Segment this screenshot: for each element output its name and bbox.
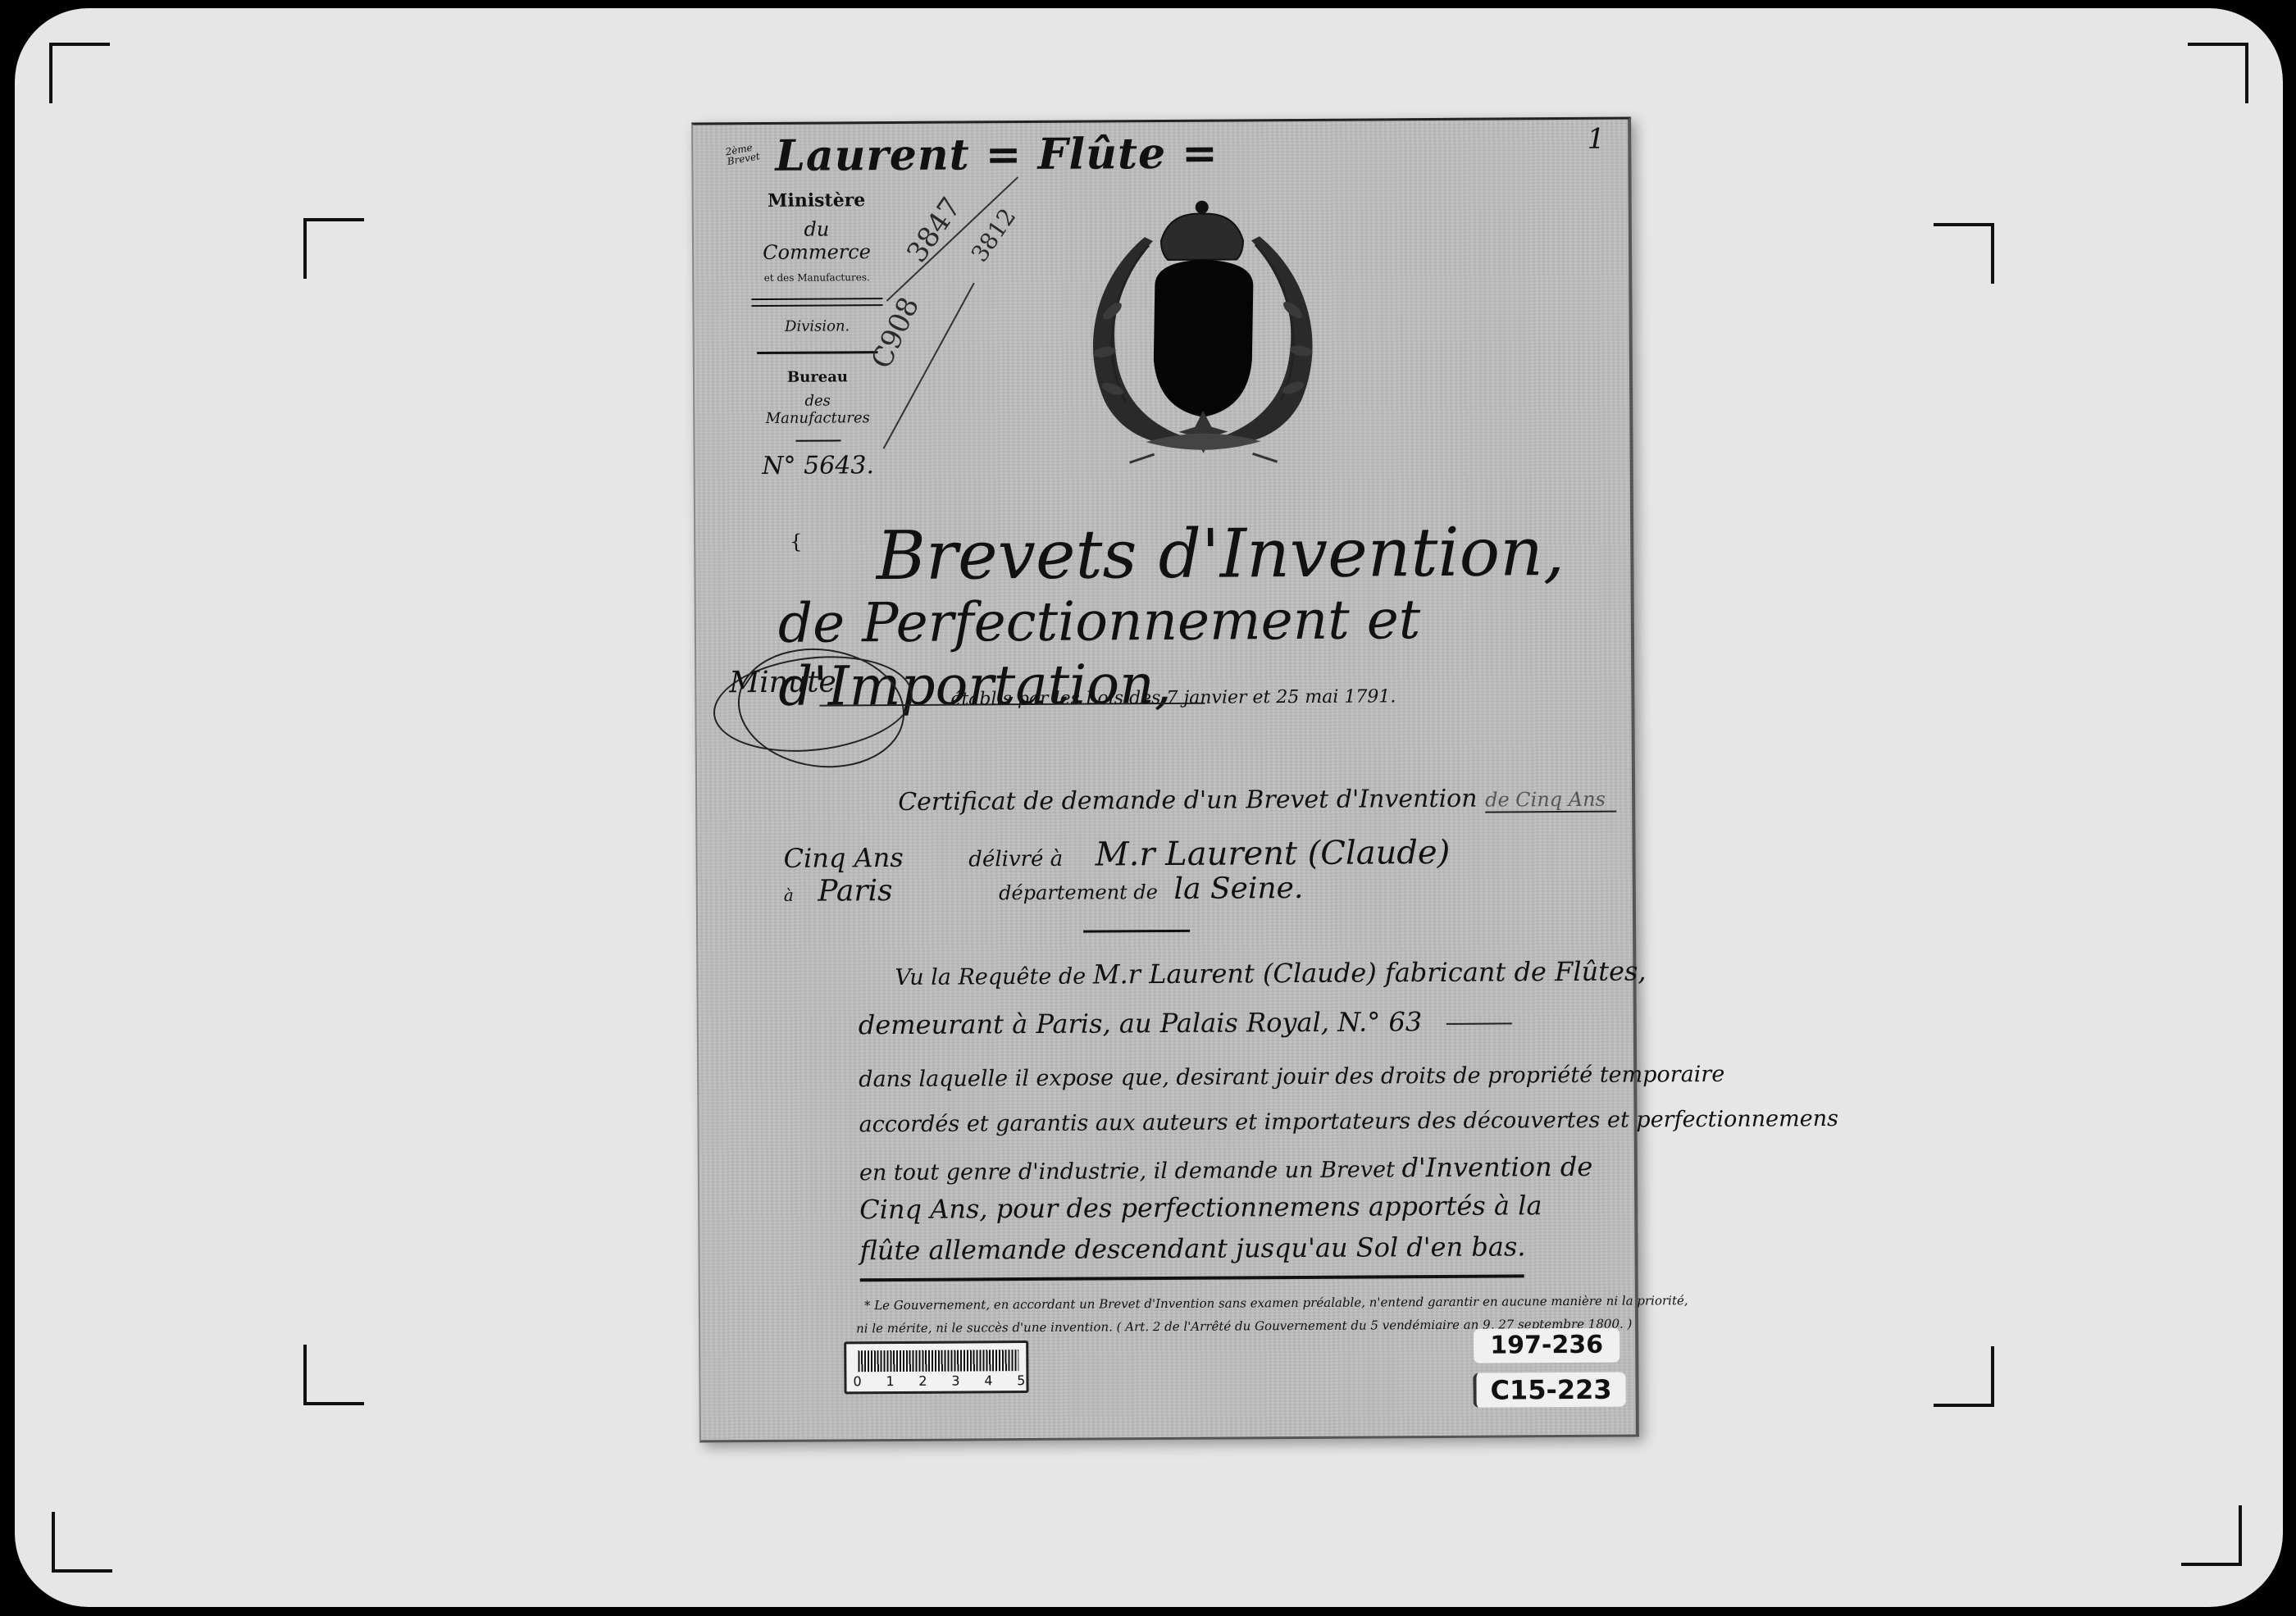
bureau-number: N° 5643. [753,451,884,480]
certificate-recipient-line: Cinq Ans délivré à M.r Laurent (Claude) [783,833,1603,876]
body-handwritten-text: d'Invention de [1401,1151,1592,1183]
ruler-label: 1 [886,1373,894,1389]
crop-mark-top-right [2188,43,2248,103]
department-label: département de [999,881,1158,904]
body-printed-text: Vu la Requête de [895,964,1086,990]
ruler-label: 3 [951,1373,959,1389]
delivered-to-label: délivré à [968,847,1063,872]
body-printed-text: en tout genre d'industrie, il demande un… [859,1157,1395,1186]
archive-tag-2: C15-223 [1473,1372,1625,1408]
separator-rule [1083,930,1190,933]
short-rule [795,439,840,441]
recipient-name: M.r Laurent (Claude) [1096,834,1451,874]
body-line-5: en tout genre d'industrie, il demande un… [859,1151,1593,1186]
crop-mark-bottom-right [2181,1505,2242,1566]
duration-value: Cinq Ans [783,842,903,874]
certificate-heading: Certificat de demande d'un Brevet d'Inve… [898,784,1616,817]
crop-mark-bottom-left [52,1512,112,1573]
royal-emblem-icon [1046,195,1360,467]
end-rule [860,1274,1524,1281]
body-handwritten-text: M.r Laurent (Claude) fabricant de Flûtes… [1093,955,1647,990]
certificate-location-line: à Paris département de la Seine. [784,870,1604,908]
footnote-line-1: * Le Gouvernement, en accordant un Breve… [864,1293,1688,1313]
ruler-label: 4 [984,1372,992,1388]
ministry-line1: Ministère [751,189,882,212]
ornamental-rule [757,351,878,354]
scale-ruler: 0 1 2 3 4 5 [844,1341,1028,1394]
body-line-1: Vu la Requête de M.r Laurent (Claude) fa… [895,955,1646,991]
city: Paris [818,874,893,908]
margin-note: 2ème Brevet [725,139,777,166]
dash [1446,1022,1512,1024]
ruler-label: 5 [1017,1372,1025,1388]
pencil-mark-2: 3812 [966,203,1022,266]
bureau-of-label: des Manufactures [752,392,883,427]
patent-document: 2ème Brevet Laurent = Flûte = 1 Ministèr… [691,117,1639,1443]
document-name-heading: Laurent = Flûte = [775,129,1219,181]
minute-stamp: Minute [729,665,836,699]
division-label: Division. [752,317,883,335]
inner-crop-mark-top-right [1934,223,1994,284]
ministry-line2: du Commerce [751,217,882,264]
ministry-block: Ministère du Commerce et des Manufacture… [751,189,884,480]
title-line-1: Brevets d'Invention, [695,513,1631,597]
inner-crop-mark-bottom-left [303,1345,364,1405]
body-handwritten-text: demeurant à Paris, au Palais Royal, N.° … [859,1006,1423,1040]
certificate-duration: de Cinq Ans [1485,788,1616,813]
ministry-line3: et des Manufactures. [751,271,882,284]
department: la Seine. [1173,872,1303,906]
at-label: à [784,885,794,905]
ruler-ticks [858,1350,1018,1372]
ruler-label: 2 [918,1373,927,1389]
double-rule [751,298,882,307]
certificate-heading-text: Certificat de demande d'un Brevet d'Inve… [898,785,1478,817]
body-line-2: demeurant à Paris, au Palais Royal, N.° … [859,1005,1513,1040]
crop-mark-top-left [49,43,110,103]
body-line-3: dans laquelle il expose que, desirant jo… [859,1062,1724,1092]
body-line-6: Cinq Ans, pour des perfectionnemens appo… [859,1190,1542,1225]
body-line-7: flûte allemande descendant jusqu'au Sol … [859,1231,1525,1266]
bureau-label: Bureau [752,368,883,386]
laws-reference: établis par les Lois des 7 janvier et 25… [950,686,1396,709]
ruler-label: 0 [853,1373,861,1389]
page-number: 1 [1587,123,1605,156]
pencil-mark-1: 3847 [900,192,968,269]
archive-tag-1: 197-236 [1474,1328,1619,1363]
inner-crop-mark-bottom-right [1934,1346,1994,1407]
inner-crop-mark-top-left [303,218,364,279]
ruler-labels: 0 1 2 3 4 5 [853,1372,1025,1389]
